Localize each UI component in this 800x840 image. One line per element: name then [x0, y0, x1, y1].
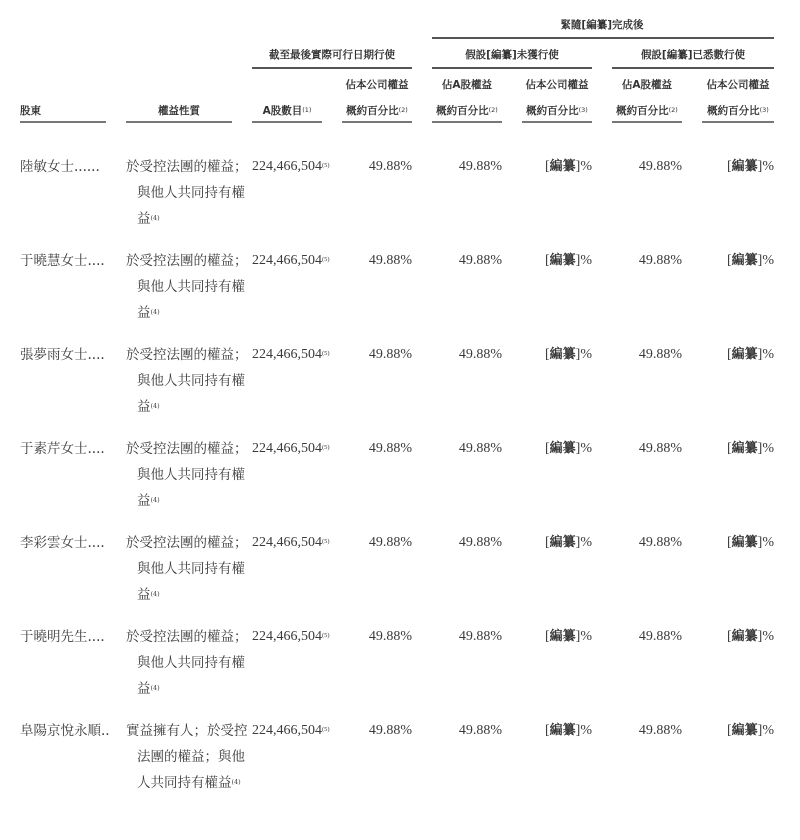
pct-company-not-exercised: [編纂]%: [522, 248, 592, 274]
shareholder-name: 阜陽京悅永順..: [20, 718, 110, 744]
col-underline-pct-a-not-exercised: [432, 121, 502, 123]
nature-of-interest: 於受控法團的權益；與他人共同持有權益(4): [126, 248, 248, 326]
nature-of-interest: 於受控法團的權益；與他人共同持有權益(4): [126, 624, 248, 702]
pct-a-fully-exercised: 49.88%: [612, 530, 682, 556]
pct-company-not-exercised: [編纂]%: [522, 530, 592, 556]
pct-company-fully-exercised: [編纂]%: [702, 436, 774, 462]
col-underline-pct-company-latest: [342, 121, 412, 123]
pct-company-latest: 49.88%: [342, 624, 412, 650]
nature-of-interest: 於受控法團的權益；與他人共同持有權益(4): [126, 342, 248, 420]
pct-company-not-exercised: [編纂]%: [522, 342, 592, 368]
pct-a-fully-exercised: 49.88%: [612, 248, 682, 274]
pct-a-fully-exercised: 49.88%: [612, 718, 682, 744]
col-underline-a-shares: [252, 121, 322, 123]
pct-a-not-exercised: 49.88%: [432, 718, 502, 744]
header-divider-not-exercised: [432, 67, 592, 69]
a-shares-count: 224,466,504(5): [252, 530, 322, 556]
shareholder-name: 李彩雲女士....: [20, 530, 105, 556]
col-header-pct-company-fully-exercised: 佔本公司權益 概約百分比(3): [702, 78, 774, 118]
pct-company-latest: 49.88%: [342, 342, 412, 368]
header-group-latest-practicable-date: 截至最後實際可行日期行使: [252, 48, 412, 62]
a-shares-count: 224,466,504(5): [252, 624, 322, 650]
pct-company-not-exercised: [編纂]%: [522, 624, 592, 650]
pct-company-latest: 49.88%: [342, 248, 412, 274]
pct-company-fully-exercised: [編纂]%: [702, 248, 774, 274]
pct-company-fully-exercised: [編纂]%: [702, 154, 774, 180]
col-underline-pct-company-fully-exercised: [702, 121, 774, 123]
pct-a-fully-exercised: 49.88%: [612, 624, 682, 650]
pct-a-not-exercised: 49.88%: [432, 624, 502, 650]
pct-a-fully-exercised: 49.88%: [612, 154, 682, 180]
pct-a-not-exercised: 49.88%: [432, 436, 502, 462]
header-group-fully-exercised: 假設[編纂]已悉數行使: [612, 48, 774, 62]
header-group-not-exercised: 假設[編纂]未獲行使: [432, 48, 592, 62]
pct-company-not-exercised: [編纂]%: [522, 718, 592, 744]
a-shares-count: 224,466,504(5): [252, 718, 322, 744]
pct-company-fully-exercised: [編纂]%: [702, 624, 774, 650]
col-underline-shareholder: [20, 121, 106, 123]
col-header-pct-a-not-exercised: 佔A股權益 概約百分比(2): [432, 78, 502, 118]
nature-of-interest: 於受控法團的權益；與他人共同持有權益(4): [126, 154, 248, 232]
shareholder-name: 陸敏女士......: [20, 154, 100, 180]
pct-company-not-exercised: [編纂]%: [522, 154, 592, 180]
col-header-nature: 權益性質: [126, 104, 232, 118]
header-group-after-completion: 緊隨[編纂]完成後: [432, 18, 772, 32]
pct-company-fully-exercised: [編纂]%: [702, 718, 774, 744]
shareholder-name: 于素芹女士....: [20, 436, 105, 462]
pct-company-latest: 49.88%: [342, 718, 412, 744]
a-shares-count: 224,466,504(5): [252, 248, 322, 274]
header-divider-after-completion: [432, 37, 774, 39]
a-shares-count: 224,466,504(5): [252, 154, 322, 180]
nature-of-interest: 於受控法團的權益；與他人共同持有權益(4): [126, 436, 248, 514]
col-underline-nature: [126, 121, 232, 123]
pct-a-not-exercised: 49.88%: [432, 530, 502, 556]
header-divider-latest: [252, 67, 412, 69]
col-underline-pct-a-fully-exercised: [612, 121, 682, 123]
col-header-shareholder: 股東: [20, 104, 106, 118]
pct-a-fully-exercised: 49.88%: [612, 436, 682, 462]
col-header-a-shares: A股數目(1): [252, 104, 322, 118]
nature-of-interest: 於受控法團的權益；與他人共同持有權益(4): [126, 530, 248, 608]
col-header-pct-a-fully-exercised: 佔A股權益 概約百分比(2): [612, 78, 682, 118]
pct-a-not-exercised: 49.88%: [432, 342, 502, 368]
pct-a-fully-exercised: 49.88%: [612, 342, 682, 368]
shareholder-name: 張夢雨女士....: [20, 342, 105, 368]
pct-company-fully-exercised: [編纂]%: [702, 342, 774, 368]
pct-company-fully-exercised: [編纂]%: [702, 530, 774, 556]
shareholder-name: 于曉明先生....: [20, 624, 105, 650]
pct-a-not-exercised: 49.88%: [432, 154, 502, 180]
pct-a-not-exercised: 49.88%: [432, 248, 502, 274]
pct-company-latest: 49.88%: [342, 154, 412, 180]
col-underline-pct-company-not-exercised: [522, 121, 592, 123]
pct-company-latest: 49.88%: [342, 436, 412, 462]
pct-company-not-exercised: [編纂]%: [522, 436, 592, 462]
a-shares-count: 224,466,504(5): [252, 436, 322, 462]
nature-of-interest: 實益擁有人；於受控法團的權益；與他人共同持有權益(4): [126, 718, 248, 796]
a-shares-count: 224,466,504(5): [252, 342, 322, 368]
pct-company-latest: 49.88%: [342, 530, 412, 556]
header-divider-fully-exercised: [612, 67, 774, 69]
col-header-pct-company-latest: 佔本公司權益 概約百分比(2): [342, 78, 412, 118]
col-header-pct-company-not-exercised: 佔本公司權益 概約百分比(3): [522, 78, 592, 118]
shareholder-name: 于曉慧女士....: [20, 248, 105, 274]
